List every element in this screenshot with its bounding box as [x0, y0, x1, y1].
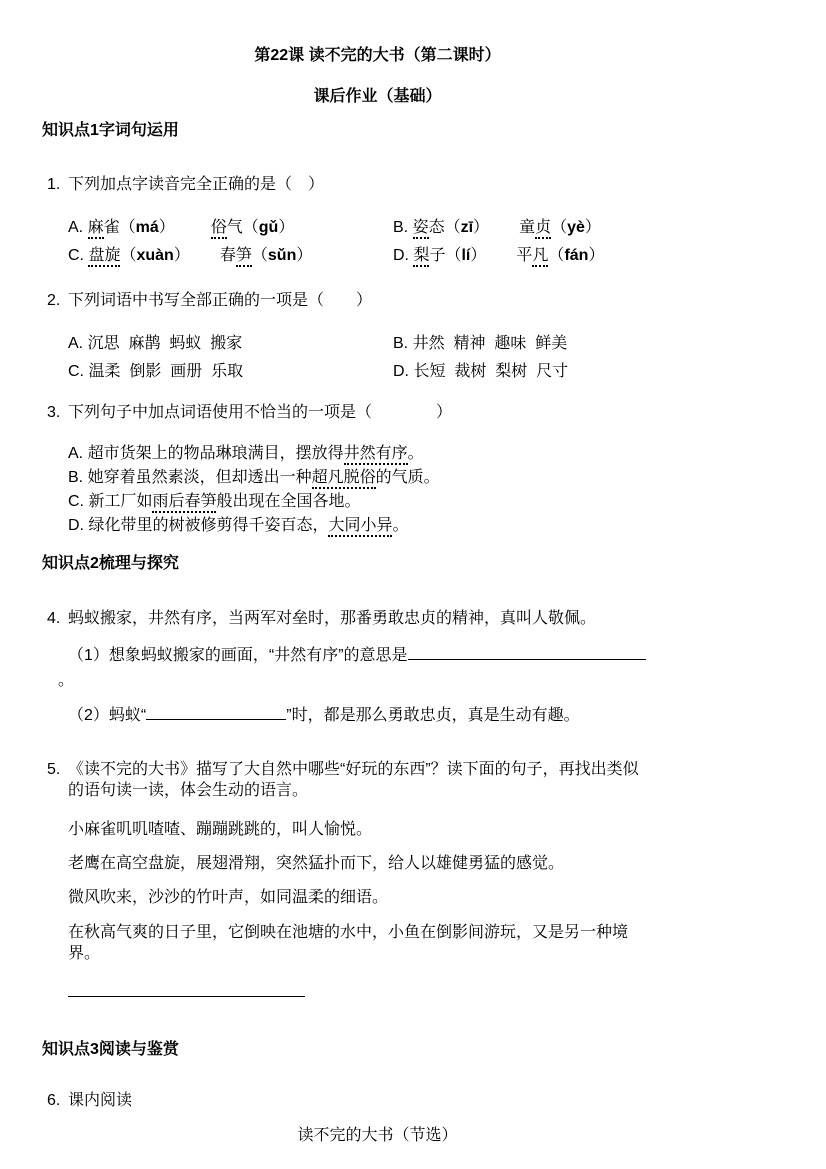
question-3-options: A. 超市货架上的物品琳琅满目，摆放得井然有序。 B. 她穿着虽然素淡，但却透出…	[42, 442, 713, 538]
question-3-number: 3.	[42, 402, 68, 423]
example-sentence-2: 老鹰在高空盘旋，展翅滑翔，突然猛扑而下，给人以雄健勇猛的感觉。	[42, 853, 713, 874]
option-b: B. 姿态（zī）童贞（yè）	[393, 217, 713, 238]
option-a: A. 沉思 麻鹊 蚂蚁 搬家	[68, 333, 393, 354]
worksheet-page: 第22课 读不完的大书（第二课时） 课后作业（基础） 知识点1字词句运用 1. …	[0, 0, 826, 1169]
question-4: 4. 蚂蚁搬家，井然有序，当两军对垒时，那番勇敢忠贞的精神，真叫人敬佩。	[42, 608, 713, 629]
option-b: B. 她穿着虽然素淡，但却透出一种超凡脱俗的气质。	[68, 466, 713, 490]
question-3-stem: 下列句子中加点词语使用不恰当的一项是（ ）	[68, 402, 713, 423]
doc-subtitle: 课后作业（基础）	[42, 87, 713, 107]
question-2-stem: 下列词语中书写全部正确的一项是（ ）	[68, 290, 713, 311]
question-1-number: 1.	[42, 174, 68, 195]
fill-in-blank	[408, 645, 646, 660]
question-5-stem: 《读不完的大书》描写了大自然中哪些“好玩的东西”？读下面的句子，再找出类似的语句…	[68, 759, 652, 801]
passage-title: 读不完的大书（节选）	[42, 1125, 713, 1146]
option-d: D. 梨子（lí）平凡（fán）	[393, 245, 713, 266]
question-5: 5. 《读不完的大书》描写了大自然中哪些“好玩的东西”？读下面的句子，再找出类似…	[42, 759, 713, 801]
doc-title: 第22课 读不完的大书（第二课时）	[42, 46, 713, 66]
question-2: 2. 下列词语中书写全部正确的一项是（ ）	[42, 290, 713, 311]
question-4-sub1: （1）想象蚂蚁搬家的画面，“井然有序”的意思是	[42, 645, 713, 666]
fill-in-blank	[146, 705, 286, 720]
question-1-stem: 下列加点字读音完全正确的是（ ）	[68, 174, 713, 195]
question-1: 1. 下列加点字读音完全正确的是（ ）	[42, 174, 713, 195]
question-3: 3. 下列句子中加点词语使用不恰当的一项是（ ）	[42, 402, 713, 423]
example-sentence-3: 微风吹来，沙沙的竹叶声，如同温柔的细语。	[42, 887, 713, 908]
option-d: D. 绿化带里的树被修剪得千姿百态，大同小异。	[68, 514, 713, 538]
question-6-number: 6.	[42, 1090, 68, 1111]
option-c: C. 新工厂如雨后春笋般出现在全国各地。	[68, 490, 713, 514]
question-6-stem: 课内阅读	[68, 1090, 713, 1111]
question-4-sub2: （2）蚂蚁“”时，都是那么勇敢忠贞，真是生动有趣。	[42, 705, 713, 726]
fill-in-blank	[68, 982, 305, 997]
section1-heading: 知识点1字词句运用	[42, 121, 713, 141]
question-2-options: A. 沉思 麻鹊 蚂蚁 搬家 B. 井然 精神 趣味 鲜美 C. 温柔 倒影 画…	[42, 333, 713, 382]
question-2-number: 2.	[42, 290, 68, 311]
section2-heading: 知识点2梳理与探究	[42, 554, 713, 574]
option-c: C. 温柔 倒影 画册 乐取	[68, 361, 393, 382]
question-5-number: 5.	[42, 759, 68, 801]
example-sentence-4: 在秋高气爽的日子里，它倒映在池塘的水中，小鱼在倒影间游玩，又是另一种境界。	[42, 922, 652, 964]
option-a: A. 麻雀（má）俗气（gǔ）	[68, 217, 393, 238]
option-b: B. 井然 精神 趣味 鲜美	[393, 333, 713, 354]
section3-heading: 知识点3阅读与鉴赏	[42, 1040, 713, 1060]
question-6: 6. 课内阅读	[42, 1090, 713, 1111]
question-4-sub1-period: 。	[42, 670, 713, 691]
question-4-number: 4.	[42, 608, 68, 629]
option-d: D. 长短 裁树 梨树 尺寸	[393, 361, 713, 382]
option-c: C. 盘旋（xuàn）春笋（sǔn）	[68, 245, 393, 266]
answer-blank-line	[42, 982, 713, 1002]
option-a: A. 超市货架上的物品琳琅满目，摆放得井然有序。	[68, 442, 713, 466]
example-sentence-1: 小麻雀叽叽喳喳、蹦蹦跳跳的，叫人愉悦。	[42, 819, 713, 840]
question-1-options: A. 麻雀（má）俗气（gǔ） B. 姿态（zī）童贞（yè） C. 盘旋（xu…	[42, 217, 713, 266]
question-4-stem: 蚂蚁搬家，井然有序，当两军对垒时，那番勇敢忠贞的精神，真叫人敬佩。	[68, 608, 713, 629]
